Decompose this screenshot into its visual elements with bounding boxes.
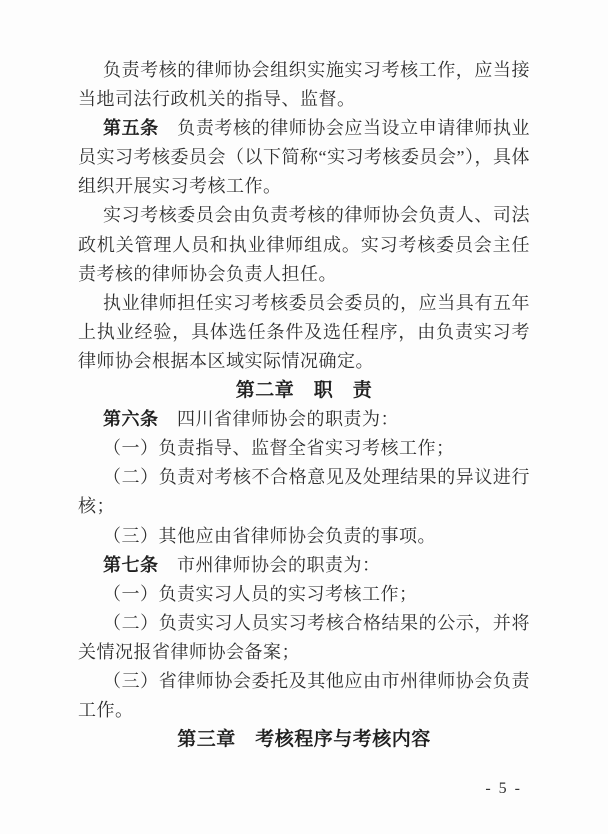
text-line: 政机关管理人员和执业律师组成。实习考核委员会主任由负 — [78, 231, 530, 260]
text-line: （一）负责指导、监督全省实习考核工作； — [78, 434, 530, 463]
text-line: 第七条 市州律师协会的职责为： — [78, 551, 530, 580]
text-line: 组织开展实习考核工作。 — [78, 172, 530, 201]
text-line: 责考核的律师协会负责人担任。 — [78, 260, 530, 289]
chapter-heading: 第二章 职 责 — [78, 376, 530, 405]
article-number: 第五条 — [103, 118, 159, 138]
text-line: （二）负责实习人员实习考核合格结果的公示，并将相 — [78, 609, 530, 638]
text-line: 第六条 四川省律师协会的职责为： — [78, 405, 530, 434]
text-line: （三）省律师协会委托及其他应由市州律师协会负责的 — [78, 667, 530, 696]
text-line: 员实习考核委员会（以下简称“实习考核委员会”），具体 — [78, 143, 530, 172]
text-line: （二）负责对考核不合格意见及处理结果的异议进行复 — [78, 463, 530, 492]
text-line: 第五条 负责考核的律师协会应当设立申请律师执业人 — [78, 114, 530, 143]
text-line: 实习考核委员会由负责考核的律师协会负责人、司法行 — [78, 201, 530, 230]
document-body: 负责考核的律师协会组织实施实习考核工作，应当接受当地司法行政机关的指导、监督。第… — [78, 56, 530, 754]
article-number: 第六条 — [103, 409, 159, 429]
text-line: 当地司法行政机关的指导、监督。 — [78, 85, 530, 114]
text-line: 关情况报省律师协会备案； — [78, 638, 530, 667]
text-line: 律师协会根据本区域实际情况确定。 — [78, 347, 530, 376]
text-line: 负责考核的律师协会组织实施实习考核工作，应当接受 — [78, 56, 530, 85]
document-page: 负责考核的律师协会组织实施实习考核工作，应当接受当地司法行政机关的指导、监督。第… — [0, 0, 608, 834]
text-line: 执业律师担任实习考核委员会委员的，应当具有五年以 — [78, 289, 530, 318]
page-number: - 5 - — [485, 780, 522, 798]
text-line: 工作。 — [78, 696, 530, 725]
text-line: 上执业经验，具体选任条件及选任程序，由负责实习考核的 — [78, 318, 530, 347]
text-line: （三）其他应由省律师协会负责的事项。 — [78, 522, 530, 551]
text-line: （一）负责实习人员的实习考核工作； — [78, 580, 530, 609]
article-number: 第七条 — [103, 555, 159, 575]
text-line: 核； — [78, 492, 530, 521]
chapter-heading: 第三章 考核程序与考核内容 — [78, 725, 530, 754]
